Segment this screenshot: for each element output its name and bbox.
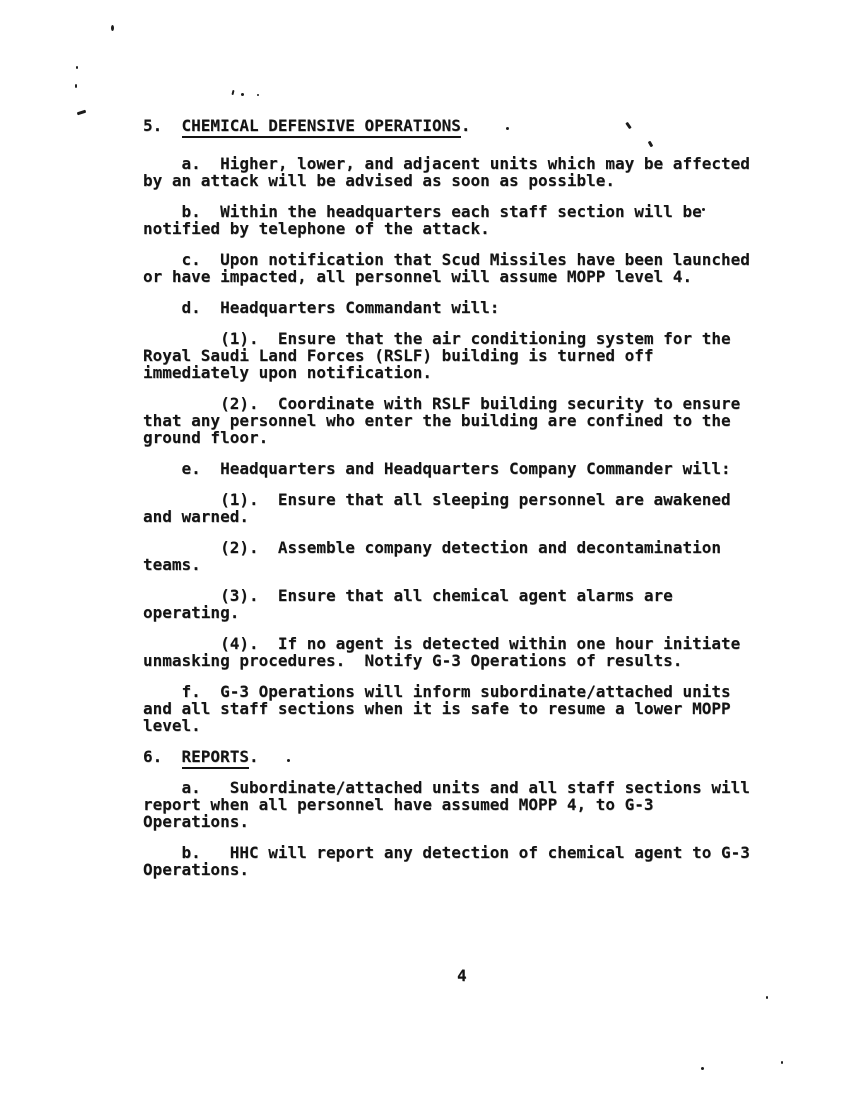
section-5-number: 5. — [143, 116, 182, 135]
page-number: 4 — [457, 967, 467, 984]
document-body: 5. CHEMICAL DEFENSIVE OPERATIONS. a. Hig… — [143, 117, 803, 892]
section-6-period: . — [249, 747, 259, 766]
document-page: 5. CHEMICAL DEFENSIVE OPERATIONS. a. Hig… — [0, 0, 850, 1113]
scan-speck — [77, 110, 86, 116]
scan-speck — [287, 759, 290, 762]
paragraph-5a: a. Higher, lower, and adjacent units whi… — [143, 155, 803, 189]
section-5-period: . — [461, 116, 471, 135]
scan-speck — [701, 1067, 704, 1070]
paragraph-5e3: (3). Ensure that all chemical agent alar… — [143, 587, 803, 621]
section-heading-6: 6. REPORTS. — [143, 748, 803, 765]
scan-speck — [766, 996, 768, 999]
paragraph-5d2: (2). Coordinate with RSLF building secur… — [143, 395, 803, 446]
scan-speck — [702, 208, 705, 211]
section-heading-5: 5. CHEMICAL DEFENSIVE OPERATIONS. — [143, 117, 803, 134]
scan-speck — [75, 84, 77, 88]
section-6-number: 6. — [143, 747, 182, 766]
scan-speck — [231, 90, 234, 95]
paragraph-5e1: (1). Ensure that all sleeping personnel … — [143, 491, 803, 525]
scan-speck — [241, 93, 244, 96]
section-5-title: CHEMICAL DEFENSIVE OPERATIONS — [182, 116, 461, 138]
paragraph-6a: a. Subordinate/attached units and all st… — [143, 779, 803, 830]
paragraph-5d1: (1). Ensure that the air conditioning sy… — [143, 330, 803, 381]
scan-speck — [111, 25, 114, 31]
paragraph-5e: e. Headquarters and Headquarters Company… — [143, 460, 803, 477]
paragraph-5e2: (2). Assemble company detection and deco… — [143, 539, 803, 573]
paragraph-5c: c. Upon notification that Scud Missiles … — [143, 251, 803, 285]
paragraph-5e4: (4). If no agent is detected within one … — [143, 635, 803, 669]
section-6-title: REPORTS — [182, 747, 249, 769]
scan-speck — [257, 94, 259, 96]
scan-speck — [781, 1061, 783, 1064]
paragraph-5d: d. Headquarters Commandant will: — [143, 299, 803, 316]
scan-speck — [506, 127, 509, 130]
scan-speck — [76, 66, 78, 69]
paragraph-6b: b. HHC will report any detection of chem… — [143, 844, 803, 878]
paragraph-5f: f. G-3 Operations will inform subordinat… — [143, 683, 803, 734]
